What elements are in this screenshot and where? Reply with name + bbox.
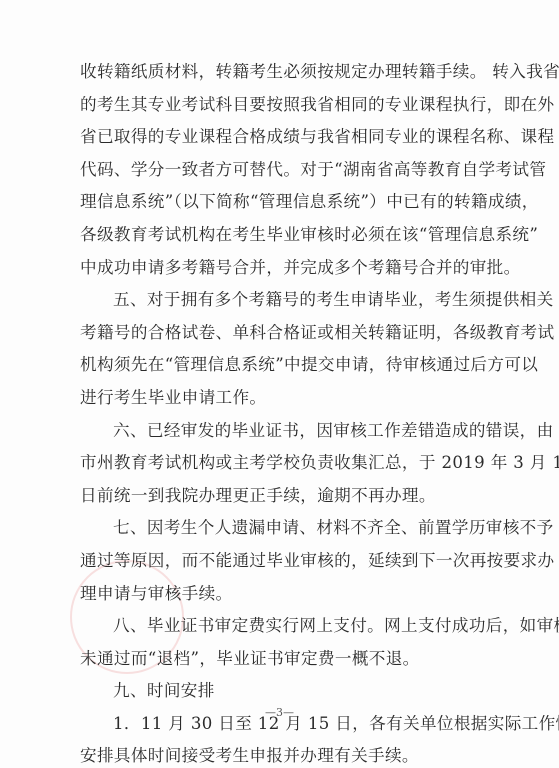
paragraph-line: 理信息系统”（以下简称“管理信息系统”）中已有的转籍成绩，: [80, 186, 485, 219]
paragraph-first-line: 八、毕业证书审定费实行网上支付。网上支付成功后，如审核: [80, 610, 485, 643]
paragraph-line: 日前统一到我院办理更正手续，逾期不再办理。: [80, 480, 485, 513]
paragraph-line: 通过等原因，而不能通过毕业审核的，延续到下一次再按要求办: [80, 545, 485, 578]
paragraph-first-line: 六、已经审发的毕业证书，因审核工作差错造成的错误，由: [80, 415, 485, 448]
paragraph-line: 市州教育考试机构或主考学校负责收集汇总，于 2019 年 3 月 1: [80, 447, 485, 480]
paragraph-line: 理申请与审核手续。: [80, 578, 485, 611]
paragraph-line: 中成功申请多考籍号合并，并完成多个考籍号合并的审批。: [80, 252, 485, 285]
document-body: 收转籍纸质材料，转籍考生必须按规定办理转籍手续。 转入我省的考生其专业考试科目要…: [80, 56, 485, 768]
paragraph-line: 省已取得的专业课程合格成绩与我省相同专业的课程名称、课程: [80, 121, 485, 154]
paragraph-line: 代码、学分一致者方可替代。对于“湖南省高等教育自学考试管: [80, 154, 485, 187]
paragraph-line: 机构须先在“管理信息系统”中提交申请，待审核通过后方可以: [80, 349, 485, 382]
paragraph-first-line: 五、对于拥有多个考籍号的考生申请毕业，考生须提供相关: [80, 284, 485, 317]
paragraph-line: 进行考生毕业申请工作。: [80, 382, 485, 415]
paragraph-line: 安排具体时间接受考生申报并办理有关手续。: [80, 740, 485, 768]
page-number: —3—: [0, 706, 559, 719]
paragraph-first-line: 七、因考生个人遗漏申请、材料不齐全、前置学历审核不予: [80, 512, 485, 545]
paragraph-line: 考籍号的合格试卷、单科合格证或相关转籍证明，各级教育考试: [80, 317, 485, 350]
document-page: 收转籍纸质材料，转籍考生必须按规定办理转籍手续。 转入我省的考生其专业考试科目要…: [0, 0, 559, 768]
paragraph-line: 未通过而“退档”，毕业证书审定费一概不退。: [80, 643, 485, 676]
paragraph-first-line: 九、时间安排: [80, 675, 485, 708]
paragraph-line: 的考生其专业考试科目要按照我省相同的专业课程执行，即在外: [80, 89, 485, 122]
paragraph-line: 各级教育考试机构在考生毕业审核时必须在该“管理信息系统”: [80, 219, 485, 252]
paragraph-line: 收转籍纸质材料，转籍考生必须按规定办理转籍手续。 转入我省: [80, 56, 485, 89]
